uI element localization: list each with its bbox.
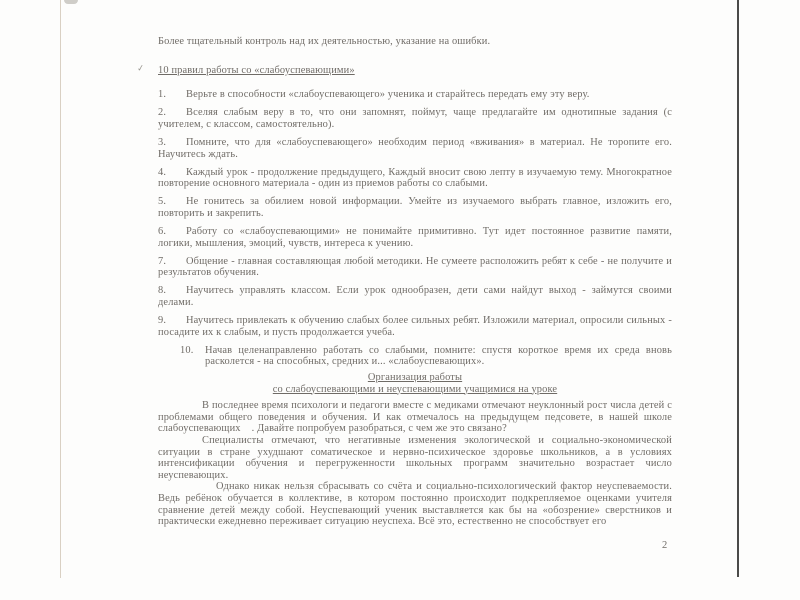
rule-item-9: 9.Научитесь привлекать к обучению слабых… <box>158 315 672 338</box>
rule-item-10: 10.Начав целенаправленно работать со сла… <box>180 345 672 368</box>
rule-text: Каждый урок - продолжение предыдущего, К… <box>158 167 672 190</box>
rule-number: 7. <box>158 256 186 268</box>
document-page: Более тщательный контроль над их деятель… <box>0 0 800 600</box>
page-right-border <box>737 0 739 577</box>
rule-number: 9. <box>158 315 186 327</box>
body-paragraph-3: Однако никак нельзя сбрасывать со счёта … <box>158 481 672 527</box>
rule-number: 3. <box>158 137 186 149</box>
rule-text: Вселяя слабым веру в то, что они запомня… <box>158 107 672 130</box>
rule-item-2: 2.Вселяя слабым веру в то, что они запом… <box>158 107 672 130</box>
rule-item-5: 5.Не гонитесь за обилием новой информаци… <box>158 196 672 219</box>
section-heading-line1: Организация работы <box>158 372 672 384</box>
page-number: 2 <box>662 540 667 551</box>
rule-number: 4. <box>158 167 186 179</box>
rules-heading-row: ✓ 10 правил работы со «слабоуспевающими» <box>158 65 672 77</box>
rule-text: Верьте в способности «слабоуспевающего» … <box>186 89 590 100</box>
rule-number: 5. <box>158 196 186 208</box>
page-left-border <box>60 0 61 578</box>
rule-text: Не гонитесь за обилием новой информации.… <box>158 196 672 219</box>
body-paragraph-2: Специалисты отмечают, что негативные изм… <box>158 435 672 481</box>
rule-text: Общение - главная составляющая любой мет… <box>158 256 672 279</box>
rule-item-1: 1.Верьте в способности «слабоуспевающего… <box>158 89 672 101</box>
rule-text: Помните, что для «слабоуспевающего» необ… <box>158 137 672 160</box>
rule-text: Научитесь управлять классом. Если урок о… <box>158 285 672 308</box>
rule-item-7: 7.Общение - главная составляющая любой м… <box>158 256 672 279</box>
rule-number: 6. <box>158 226 186 238</box>
handwritten-check-icon: ✓ <box>136 62 145 75</box>
rule-item-4: 4.Каждый урок - продолжение предыдущего,… <box>158 167 672 190</box>
page-content: Более тщательный контроль над их деятель… <box>158 36 672 528</box>
rule-item-8: 8.Научитесь управлять классом. Если урок… <box>158 285 672 308</box>
rule-number: 10. <box>180 345 205 357</box>
rule-text: Начав целенаправленно работать со слабым… <box>205 345 672 368</box>
rule-item-3: 3.Помните, что для «слабоуспевающего» не… <box>158 137 672 160</box>
rule-number: 8. <box>158 285 186 297</box>
page-edge-artifact <box>64 0 78 4</box>
rule-item-6: 6.Работу со «слабоуспевающими» не понима… <box>158 226 672 249</box>
rule-number: 1. <box>158 89 186 101</box>
rules-heading: 10 правил работы со «слабоуспевающими» <box>158 65 355 76</box>
rule-text: Работу со «слабоуспевающими» не понимайт… <box>158 226 672 249</box>
section-heading: Организация работы со слабоуспевающими и… <box>158 372 672 395</box>
section-heading-line2: со слабоуспевающими и неуспевающими учащ… <box>158 384 672 396</box>
intro-line: Более тщательный контроль над их деятель… <box>158 36 672 48</box>
body-paragraph-1: В последнее время психологи и педагоги в… <box>158 400 672 435</box>
rule-number: 2. <box>158 107 186 119</box>
rule-text: Научитесь привлекать к обучению слабых б… <box>158 315 672 338</box>
